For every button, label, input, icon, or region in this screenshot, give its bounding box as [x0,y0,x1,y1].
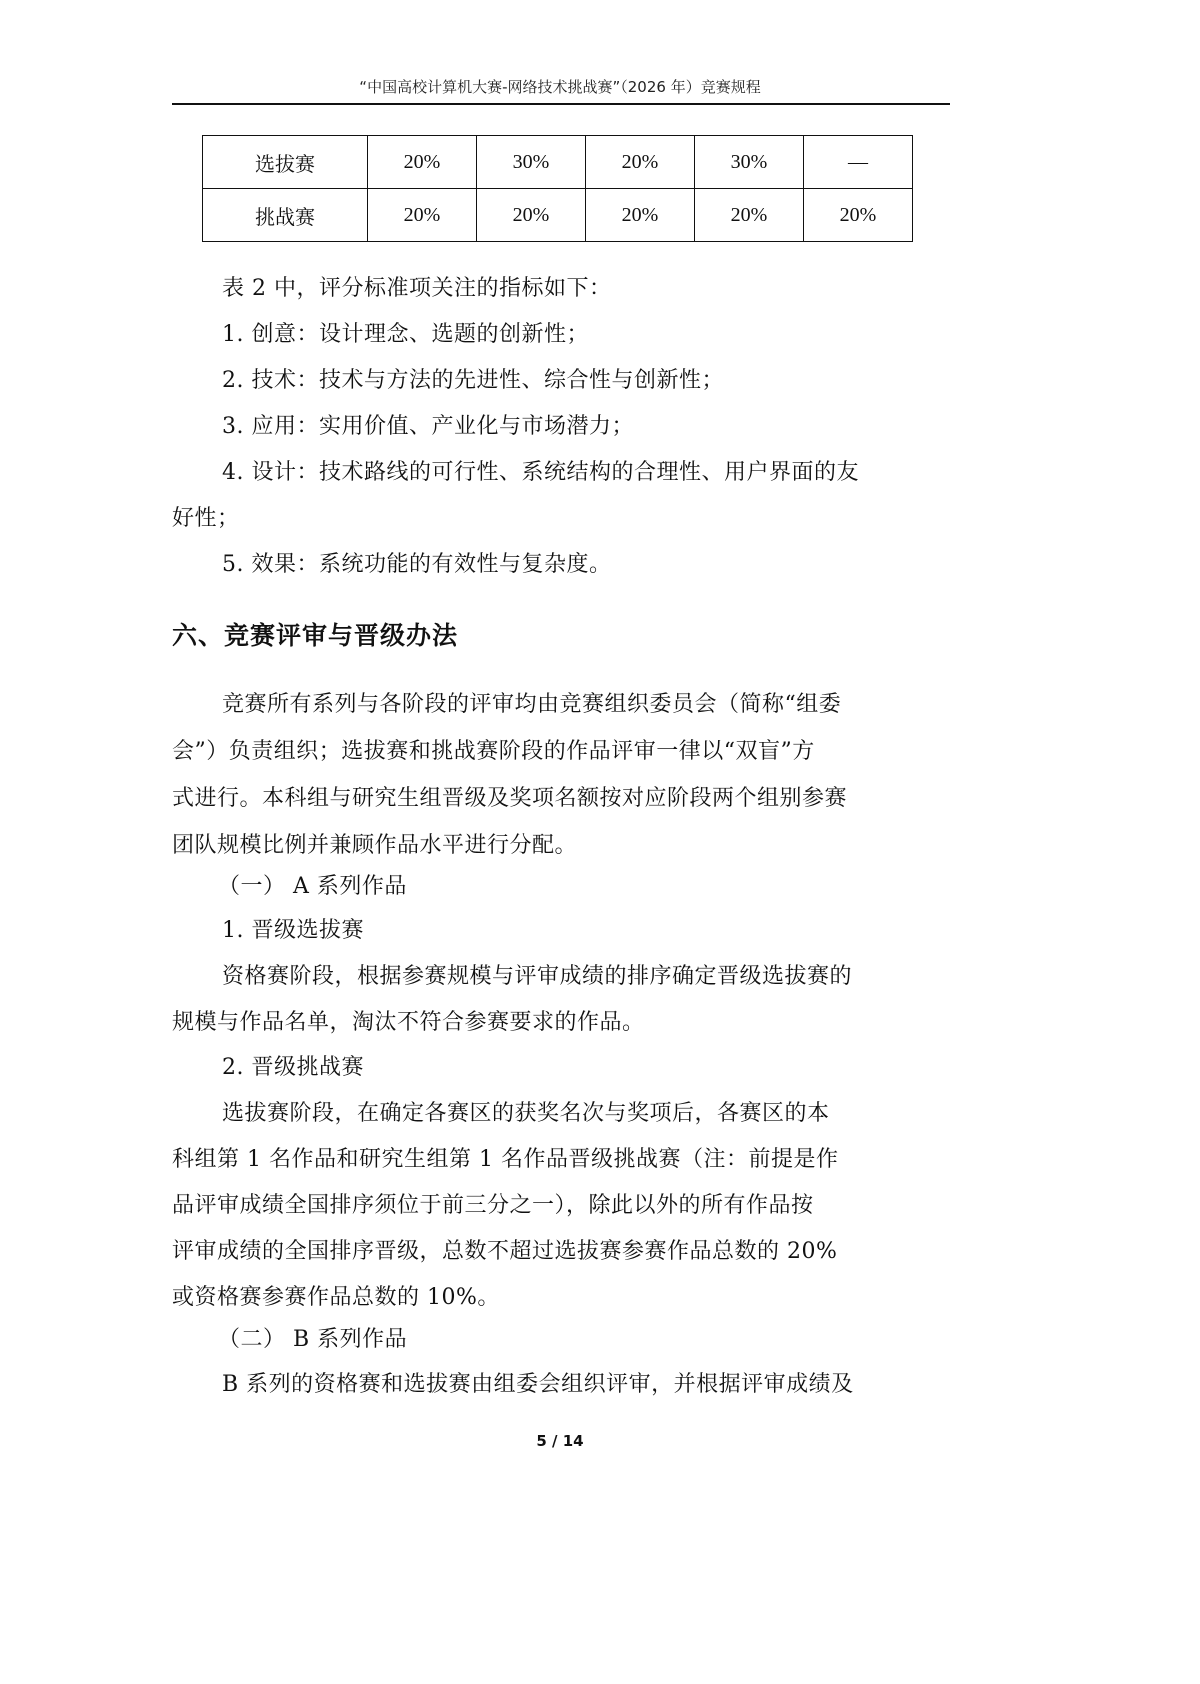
paragraph-line: 评审成绩的全国排序晋级，总数不超过选拔赛参赛作品总数的 20% [172,1237,837,1267]
table-row: 选拔赛 20% 30% 20% 30% — [203,136,913,189]
table-cell: 20% [477,189,586,242]
paragraph-line: 选拔赛阶段，在确定各赛区的获奖名次与奖项后，各赛区的本 [222,1099,830,1129]
criteria-item: 5. 效果：系统功能的有效性与复杂度。 [222,550,612,580]
paragraph-line: 科组第 1 名作品和研究生组第 1 名作品晋级挑战赛（注：前提是作 [172,1145,838,1175]
item-title: 1. 晋级选拔赛 [222,916,364,946]
paragraph-line: 品评审成绩全国排序须位于前三分之一），除此以外的所有作品按 [172,1191,814,1221]
criteria-item: 1. 创意：设计理念、选题的创新性； [222,320,589,350]
table-cell: 30% [695,136,804,189]
paragraph-line: 会”）负责组织；选拔赛和挑战赛阶段的作品评审一律以“双盲”方 [172,737,815,767]
table-row: 挑战赛 20% 20% 20% 20% 20% [203,189,913,242]
section-heading: 六、竞赛评审与晋级办法 [172,616,458,652]
table-cell: 20% [586,136,695,189]
paragraph-line: 式进行。本科组与研究生组晋级及奖项名额按对应阶段两个组别参赛 [172,784,847,814]
table-cell-stage: 挑战赛 [203,189,368,242]
paragraph-line: 资格赛阶段，根据参赛规模与评审成绩的排序确定晋级选拔赛的 [222,962,852,992]
table-cell-stage: 选拔赛 [203,136,368,189]
criteria-item-continuation: 好性； [172,504,240,534]
criteria-intro: 表 2 中，评分标准项关注的指标如下： [222,274,612,304]
table-cell: 20% [804,189,913,242]
header-divider [172,103,950,105]
item-title: 2. 晋级挑战赛 [222,1053,364,1083]
table-cell: 30% [477,136,586,189]
paragraph-line: 团队规模比例并兼顾作品水平进行分配。 [172,831,577,861]
table-cell: 20% [368,189,477,242]
paragraph-line: 或资格赛参赛作品总数的 10%。 [172,1283,500,1313]
paragraph-line: 规模与作品名单，淘汰不符合参赛要求的作品。 [172,1008,645,1038]
page-header-title: “中国高校计算机大赛-网络技术挑战赛”（2026 年）竞赛规程 [0,76,1120,97]
table-cell: 20% [368,136,477,189]
table-cell: 20% [586,189,695,242]
subsection-heading-b: （二） B 系列作品 [218,1325,407,1355]
criteria-item: 4. 设计：技术路线的可行性、系统结构的合理性、用户界面的友 [222,458,859,488]
scoring-weights-table: 选拔赛 20% 30% 20% 30% — 挑战赛 20% 20% 20% 20… [202,135,913,242]
table-cell: — [804,136,913,189]
table-cell: 20% [695,189,804,242]
paragraph-line: B 系列的资格赛和选拔赛由组委会组织评审，并根据评审成绩及 [222,1370,854,1400]
criteria-item: 3. 应用：实用价值、产业化与市场潜力； [222,412,634,442]
criteria-item: 2. 技术：技术与方法的先进性、综合性与创新性； [222,366,724,396]
subsection-heading-a: （一） A 系列作品 [218,872,407,902]
page-number: 5 / 14 [0,1432,1120,1450]
paragraph-line: 竞赛所有系列与各阶段的评审均由竞赛组织委员会（简称“组委 [222,690,841,720]
